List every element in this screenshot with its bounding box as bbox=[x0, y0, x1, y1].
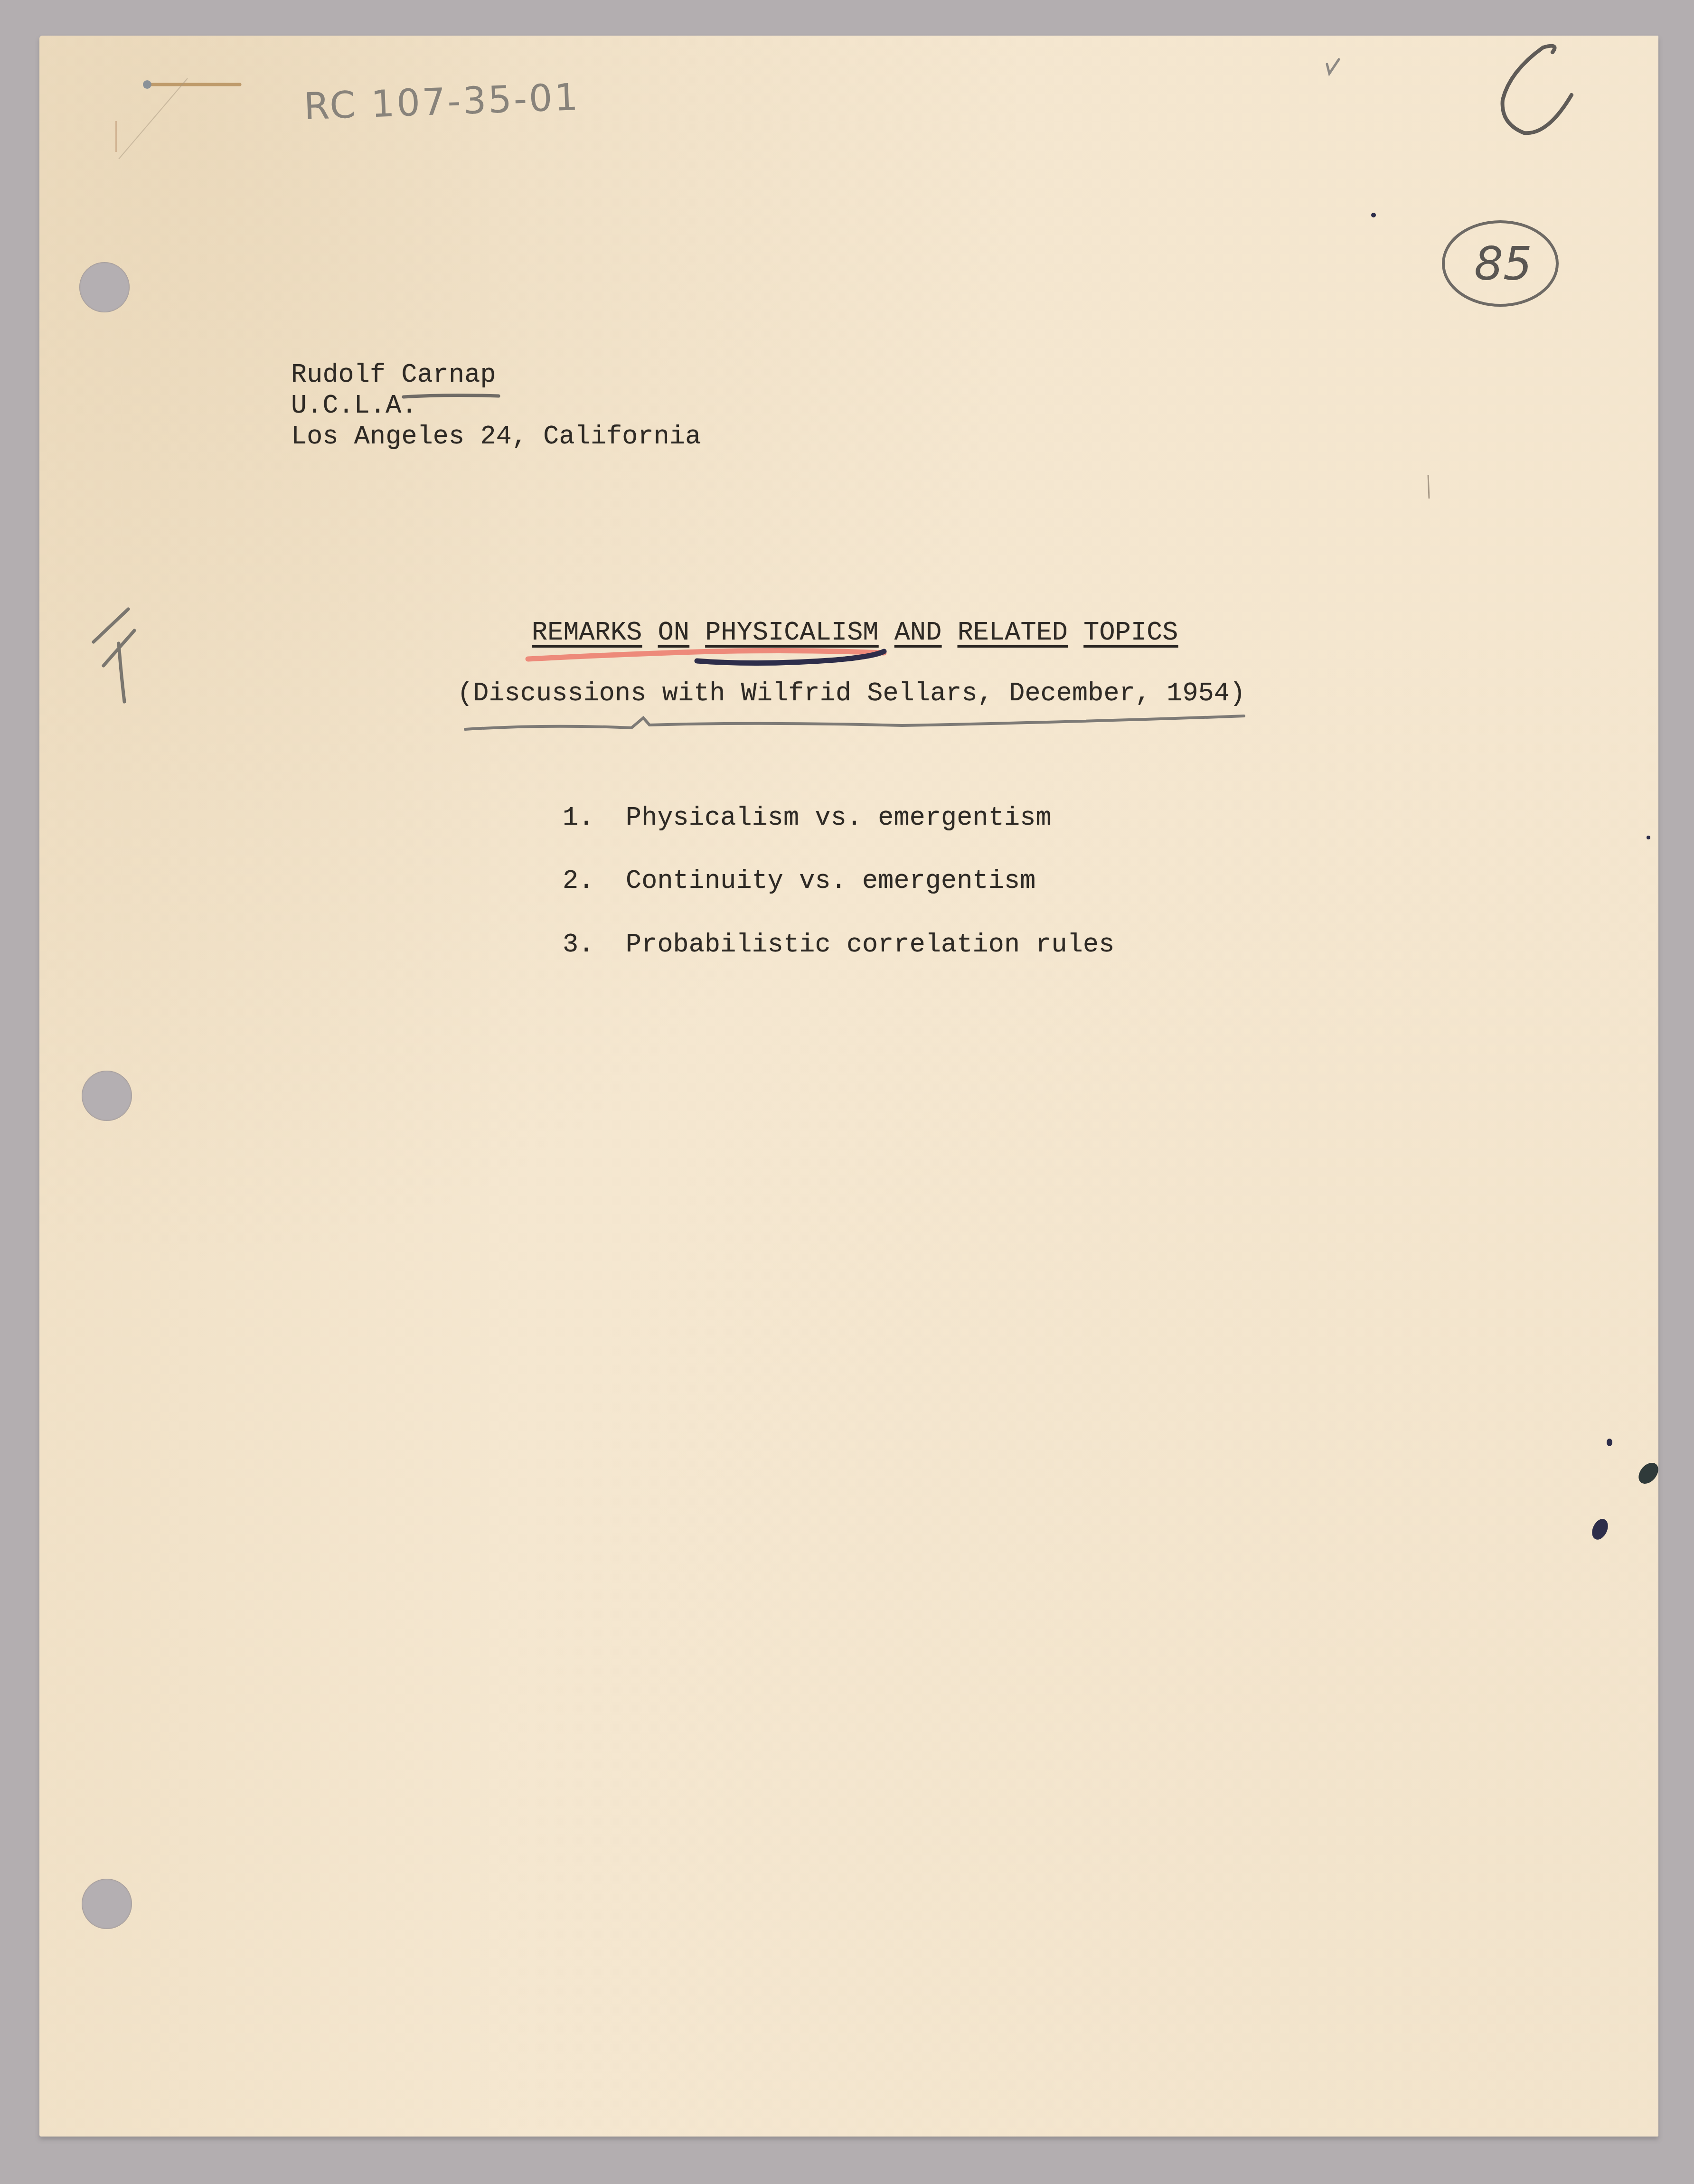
title-word: PHYSICALISM bbox=[705, 618, 878, 648]
title-word: REMARKS bbox=[532, 618, 642, 648]
author-name: Rudolf Carnap bbox=[291, 359, 496, 390]
ink-spot bbox=[1647, 836, 1650, 839]
ink-spot bbox=[1371, 213, 1376, 217]
page-number: 85 bbox=[1474, 237, 1532, 291]
contents-item-number: 1. bbox=[563, 802, 594, 833]
title-word: AND bbox=[894, 618, 942, 648]
author-first-name: Rudolf bbox=[291, 360, 401, 390]
contents-item-text: Probabilistic correlation rules bbox=[626, 929, 1114, 960]
title-word: RELATED bbox=[958, 618, 1068, 648]
document-subtitle: (Discussions with Wilfrid Sellars, Decem… bbox=[457, 678, 1245, 709]
title-word: TOPICS bbox=[1083, 618, 1178, 648]
title-word: ON bbox=[658, 618, 689, 648]
document-title: REMARKS ON PHYSICALISM AND RELATED TOPIC… bbox=[532, 617, 1178, 648]
paper-marks-layer bbox=[0, 0, 1694, 2184]
contents-item-number: 3. bbox=[563, 929, 594, 960]
author-address: Los Angeles 24, California bbox=[291, 421, 701, 452]
author-last-name: Carnap bbox=[401, 360, 496, 390]
author-institution: U.C.L.A. bbox=[291, 390, 417, 421]
ink-spot bbox=[1607, 1439, 1612, 1446]
contents-item-number: 2. bbox=[563, 866, 594, 896]
contents-item-text: Continuity vs. emergentism bbox=[626, 866, 1035, 896]
contents-item-text: Physicalism vs. emergentism bbox=[626, 802, 1052, 833]
